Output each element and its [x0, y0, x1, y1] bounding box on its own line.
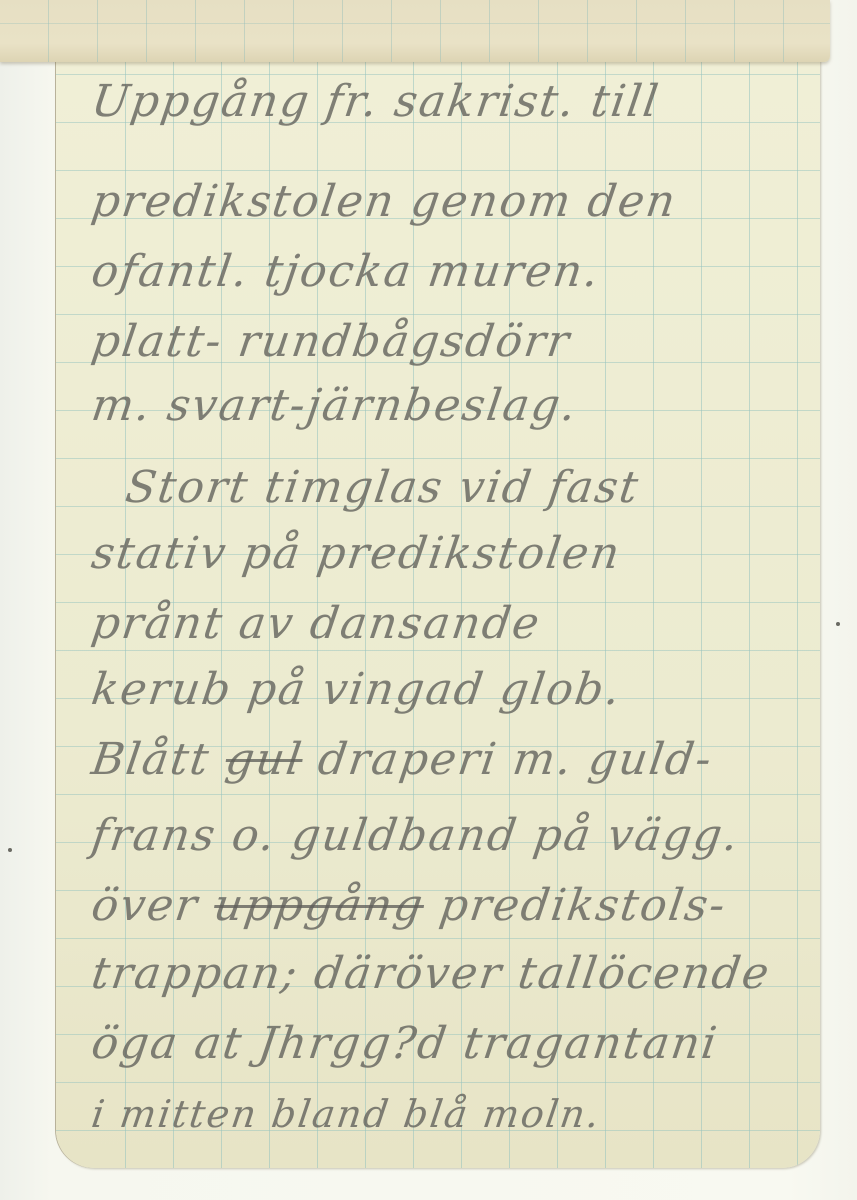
handwritten-line-5: m. svart-järnbeslag.: [88, 380, 581, 431]
line-10-rest: draperi m. guld-: [315, 734, 716, 785]
line-10-word: Blått: [88, 734, 213, 785]
paper-speck: [8, 848, 12, 852]
notebook-page: Uppgång fr. sakrist. till predikstolen g…: [56, 58, 820, 1168]
handwritten-line-14: öga at Jhrgg?d tragantani: [88, 1018, 721, 1069]
handwritten-line-15: i mitten bland blå moln.: [89, 1092, 604, 1136]
handwritten-line-12: över uppgång predikstols-: [88, 880, 730, 931]
handwritten-line-9: kerub på vingad glob.: [88, 664, 624, 715]
paper-speck: [836, 622, 840, 626]
handwritten-line-4: platt- rundbågsdörr: [88, 316, 574, 367]
handwritten-line-8: prånt av dansande: [88, 598, 544, 649]
handwritten-line-6: Stort timglas vid fast: [122, 462, 643, 513]
folded-previous-page: [0, 0, 830, 62]
line-12-word: över: [88, 880, 202, 931]
handwritten-line-3: ofantl. tjocka muren.: [88, 246, 603, 297]
handwritten-line-1: Uppgång fr. sakrist. till: [88, 76, 663, 127]
handwritten-line-11: frans o. guldband på vägg.: [88, 810, 743, 861]
handwritten-line-13: trappan; däröver tallöcende: [88, 948, 773, 999]
struck-word: gul: [222, 734, 306, 785]
handwritten-line-7: stativ på predikstolen: [88, 528, 624, 579]
handwritten-line-10: Blått gul draperi m. guld-: [88, 734, 716, 785]
handwritten-line-2: predikstolen genom den: [88, 176, 680, 227]
line-12-rest: predikstols-: [436, 880, 730, 931]
struck-word: uppgång: [211, 880, 428, 931]
